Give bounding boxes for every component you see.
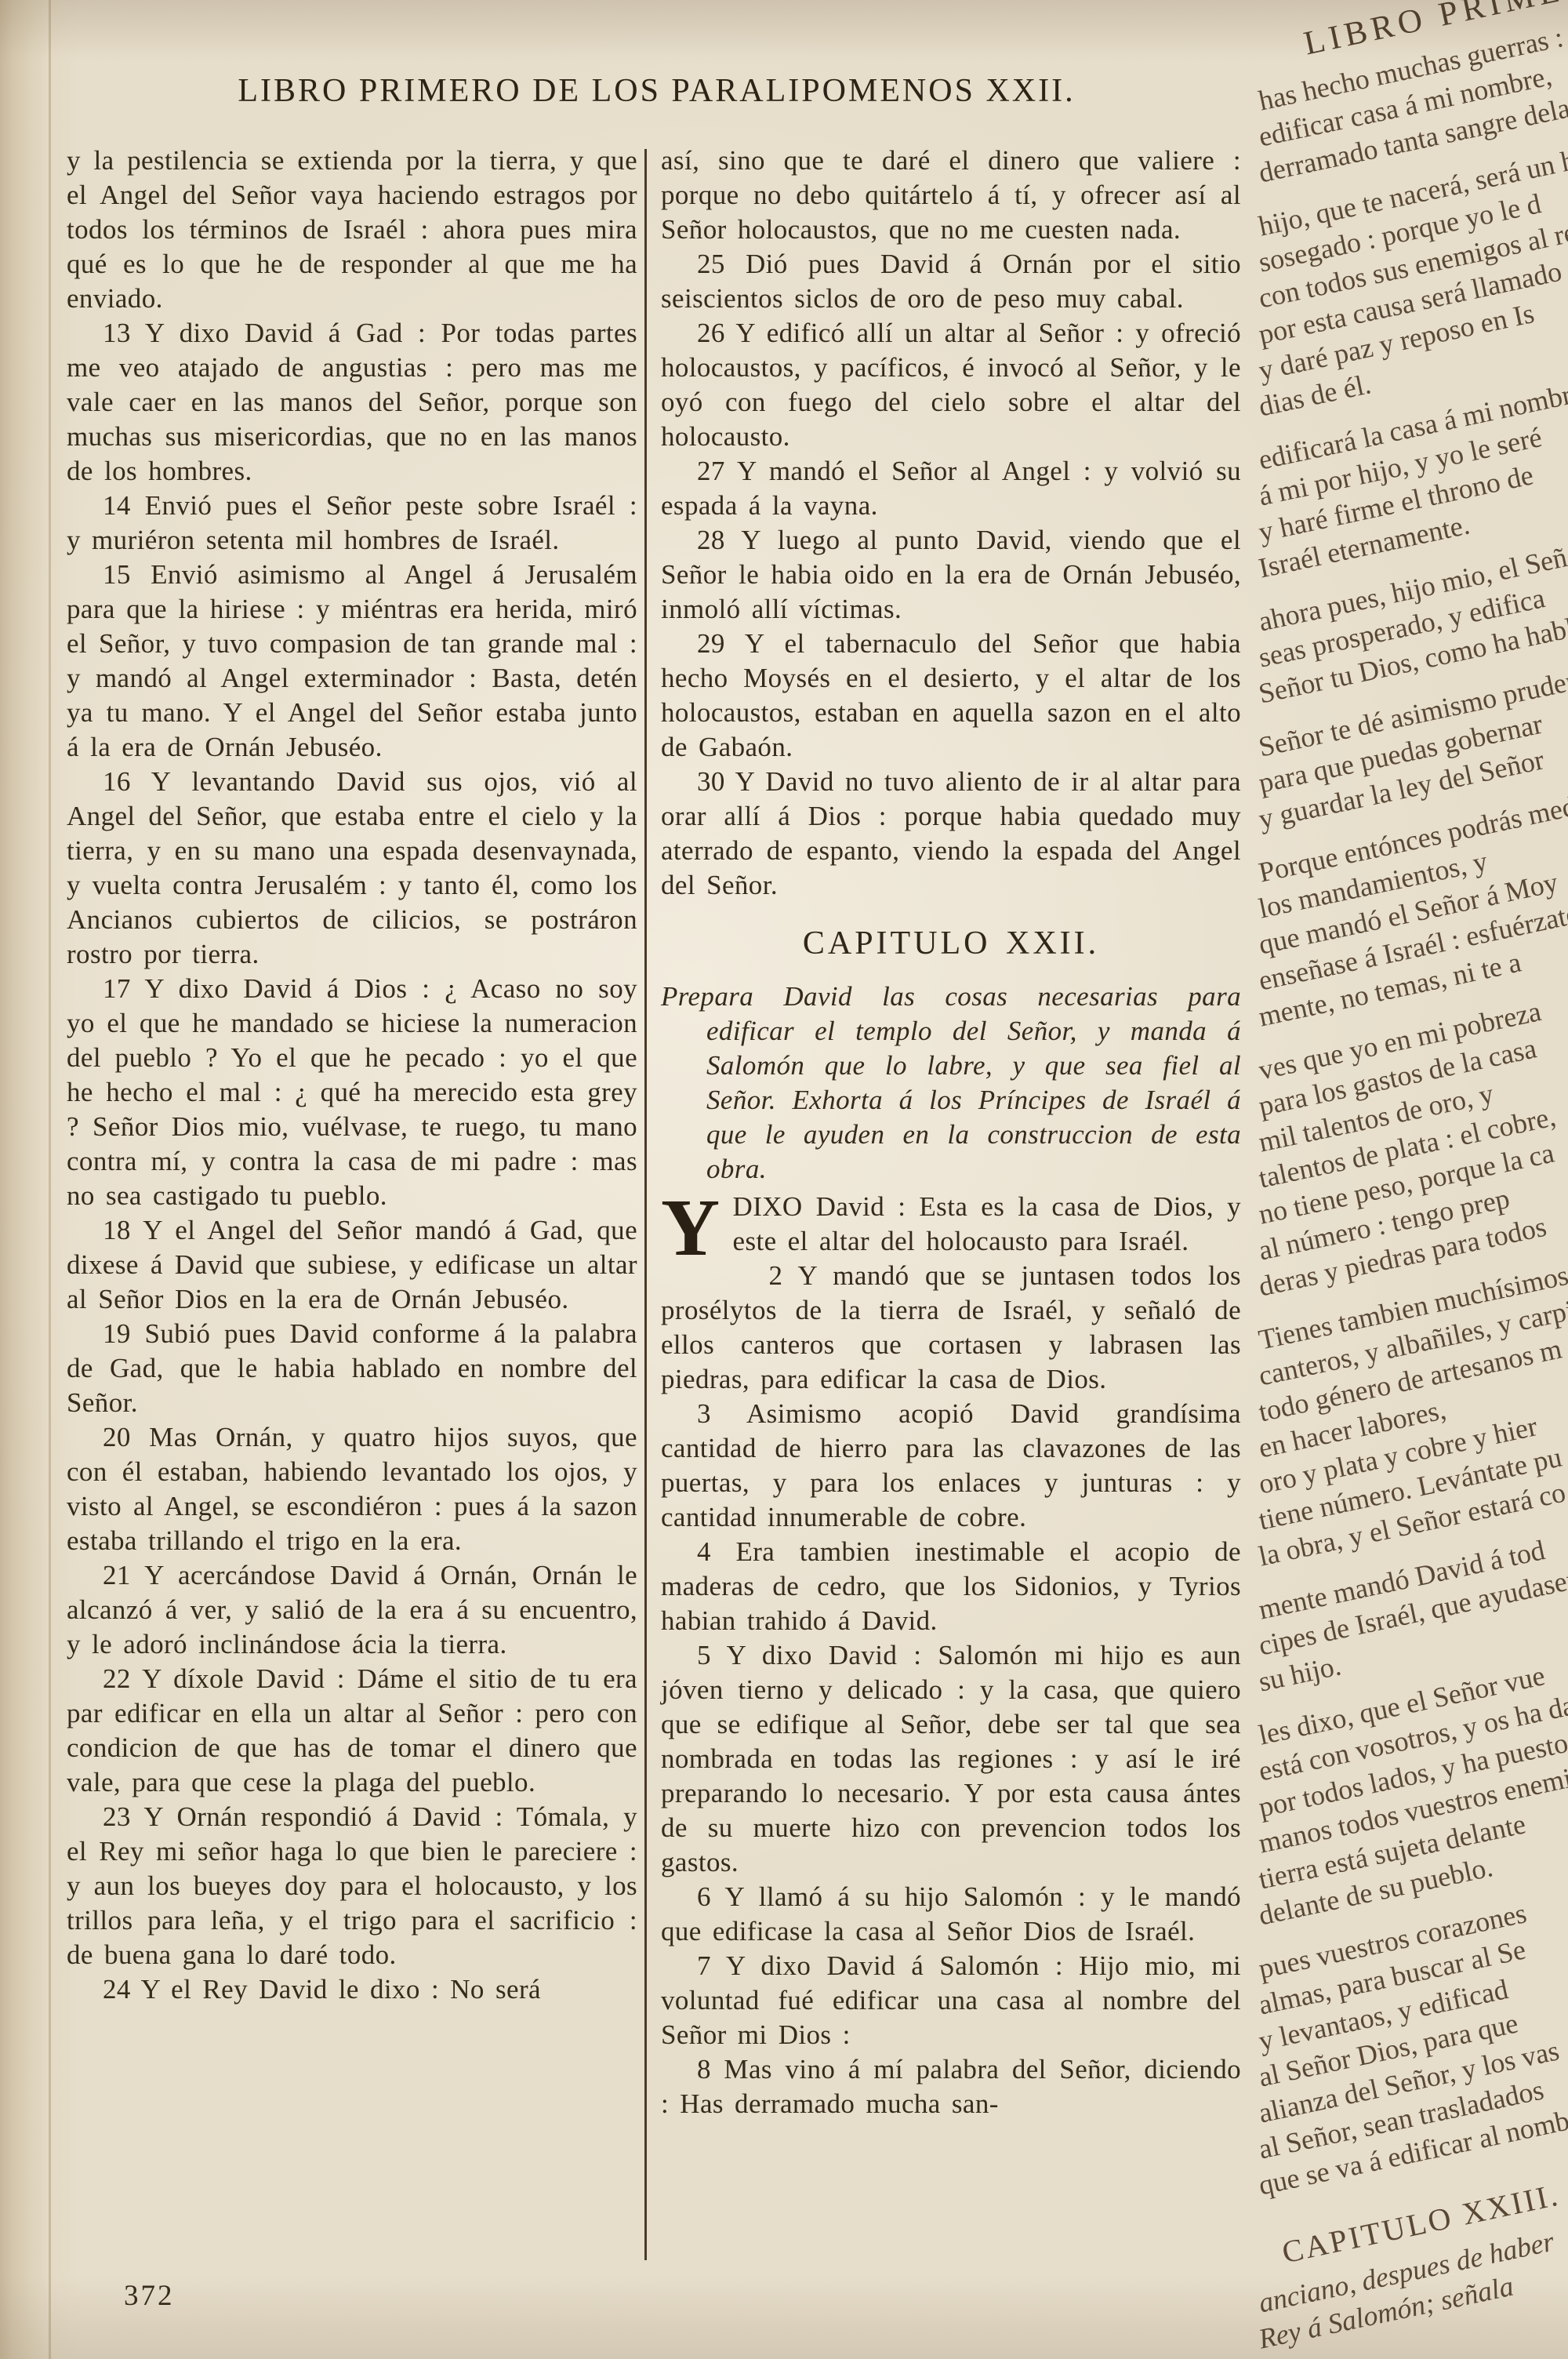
page-number: 372 bbox=[124, 2279, 175, 2313]
verse-paragraph: 8 Mas vino á mí palabra del Señor, dicie… bbox=[661, 2052, 1241, 2121]
verse-paragraph: 22 Y díxole David : Dáme el sitio de tu … bbox=[67, 1662, 637, 1800]
verse-paragraph: 14 Envió pues el Señor peste sobre Israé… bbox=[67, 489, 637, 558]
verse-paragraph: 28 Y luego al punto David, viendo que el… bbox=[661, 523, 1241, 627]
verse-paragraph: y la pestilencia se extienda por la tier… bbox=[67, 144, 637, 316]
running-header: LIBRO PRIMERO DE LOS PARALIPOMENOS XXII. bbox=[67, 72, 1247, 110]
verse-paragraph: 20 Mas Ornán, y quatro hijos suyos, que … bbox=[67, 1420, 637, 1558]
facing-page-edge: LIBRO PRIMEhas hecho muchas guerras :edi… bbox=[1251, 0, 1568, 2359]
drop-cap-initial: Y bbox=[661, 1190, 733, 1260]
verse-paragraph: 29 Y el tabernaculo del Señor que habia … bbox=[661, 627, 1241, 765]
verse-paragraph: 5 Y dixo David : Salomón mi hijo es aun … bbox=[661, 1638, 1241, 1880]
right-text-column: así, sino que te daré el dinero que vali… bbox=[661, 144, 1241, 2121]
first-verse-text: DIXO David : Esta es la casa de Dios, y … bbox=[733, 1191, 1241, 1256]
verse-paragraph: 27 Y mandó el Señor al Angel : y volvió … bbox=[661, 454, 1241, 523]
verse-paragraph: 13 Y dixo David á Gad : Por todas partes… bbox=[67, 316, 637, 489]
verse-paragraph: 25 Dió pues David á Ornán por el sitio s… bbox=[661, 247, 1241, 316]
verse-paragraph: así, sino que te daré el dinero que vali… bbox=[661, 144, 1241, 247]
verse-paragraph: 23 Y Ornán respondió á David : Tómala, y… bbox=[67, 1800, 637, 1972]
scanned-book-page: LIBRO PRIMERO DE LOS PARALIPOMENOS XXII.… bbox=[0, 0, 1568, 2359]
verse-paragraph: 7 Y dixo David á Salomón : Hijo mio, mi … bbox=[661, 1949, 1241, 2052]
verse-paragraph: 15 Envió asimismo al Angel á Jerusalém p… bbox=[67, 558, 637, 765]
verse-paragraph: 3 Asimismo acopió David grandísima canti… bbox=[661, 1397, 1241, 1535]
facing-page-text: LIBRO PRIMEhas hecho muchas guerras :edi… bbox=[1259, 27, 1568, 2357]
verse-paragraph: 16 Y levantando David sus ojos, vió al A… bbox=[67, 765, 637, 972]
left-text-column: y la pestilencia se extienda por la tier… bbox=[67, 144, 637, 2007]
verse-paragraph: 17 Y dixo David á Dios : ¿ Acaso no soy … bbox=[67, 972, 637, 1213]
verse-paragraph: 18 Y el Angel del Señor mandó á Gad, que… bbox=[67, 1213, 637, 1317]
verse-paragraph: 19 Subió pues David conforme á la palabr… bbox=[67, 1317, 637, 1420]
verse-paragraph: 26 Y edificó allí un altar al Señor : y … bbox=[661, 316, 1241, 454]
page-edge-seam bbox=[49, 0, 51, 2359]
column-divider-rule bbox=[644, 149, 647, 2260]
chapter-heading: CAPITULO XXII. bbox=[661, 926, 1241, 961]
verse-paragraph: 30 Y David no tuvo aliento de ir al alta… bbox=[661, 765, 1241, 903]
first-verse-paragraph: Y DIXO David : Esta es la casa de Dios, … bbox=[661, 1190, 1241, 1259]
verse-paragraph: 6 Y llamó á su hijo Salomón : y le mandó… bbox=[661, 1880, 1241, 1949]
chapter-summary-text: Prepara David las cosas necesarias para … bbox=[706, 980, 1241, 1187]
verse-paragraph: 24 Y el Rey David le dixo : No será bbox=[67, 1972, 637, 2007]
verse-paragraph: 2 Y mandó que se juntasen todos los pros… bbox=[661, 1259, 1241, 1397]
verse-paragraph: 4 Era tambien inestimable el acopio de m… bbox=[661, 1535, 1241, 1638]
chapter-summary: Prepara David las cosas necesarias para … bbox=[661, 980, 1241, 1187]
verse-paragraph: 21 Y acercándose David á Ornán, Ornán le… bbox=[67, 1558, 637, 1662]
